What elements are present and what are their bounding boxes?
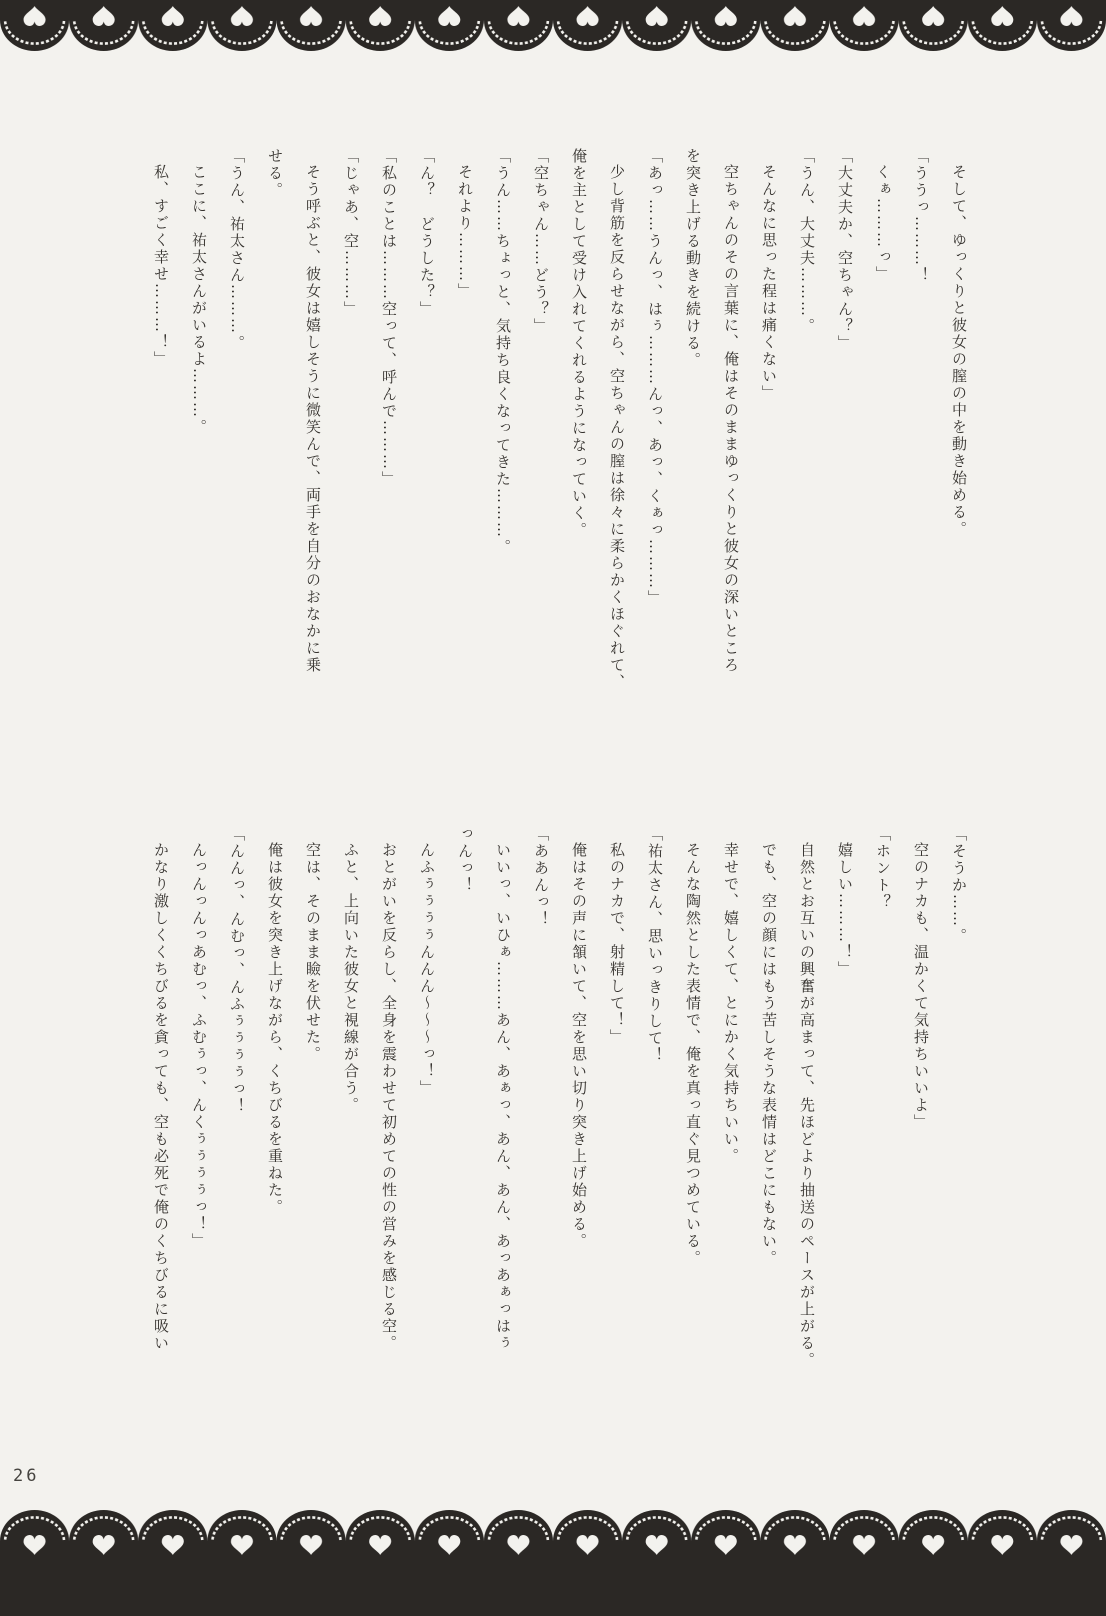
text-line: 「ああんっ！ <box>522 826 560 1476</box>
text-line: それより………」 <box>446 148 484 848</box>
text-line: 「ホント？ <box>864 826 902 1476</box>
heart-lace-border-bottom <box>0 1503 1106 1561</box>
text-line: 俺はその声に頷いて、空を思い切り突き上げ始める。 <box>560 826 598 1476</box>
text-line: 私のナカで、射精して！」 <box>598 826 636 1476</box>
text-line: 少し背筋を反らせながら、空ちゃんの膣は徐々に柔らかくほぐれて、 <box>598 148 636 848</box>
text-line: 「大丈夫か、空ちゃん？」 <box>826 148 864 848</box>
text-line: 俺を主として受け入れてくれるようになっていく。 <box>560 148 598 848</box>
text-line: 「ううっ………！ <box>902 148 940 848</box>
text-line: 空のナカも、温かくて気持ちいいよ」 <box>902 826 940 1476</box>
text-line: でも、空の顔にはもう苦しそうな表情はどこにもない。 <box>750 826 788 1476</box>
text-line: 「祐太さん、思いっきりして！ <box>636 826 674 1476</box>
text-line: おとがいを反らし、全身を震わせて初めての性の営みを感じる空。 <box>370 826 408 1476</box>
text-line: 「私のことは………空って、呼んで………」 <box>370 148 408 848</box>
text-line: 幸せで、嬉しくて、とにかく気持ちいい。 <box>712 826 750 1476</box>
text-line: ふと、上向いた彼女と視線が合う。 <box>332 826 370 1476</box>
text-line: 「空ちゃん……どう？」 <box>522 148 560 848</box>
text-block-bottom: 「そうか……。空のナカも、温かくて気持ちいいよ」「ホント？嬉しい………！」自然と… <box>142 826 978 1476</box>
heart-lace-border-top <box>0 0 1106 58</box>
text-line: そんなに思った程は痛くない」 <box>750 148 788 848</box>
text-line: 私、すごく幸せ………！」 <box>142 148 180 848</box>
text-line: 「んんっ、んむっ、んふぅぅぅぅっ！ <box>218 826 256 1476</box>
page-number: 26 <box>13 1466 39 1486</box>
text-line: 「じゃあ、空………」 <box>332 148 370 848</box>
text-line: 「あっ……うんっ、はぅ………んっ、あっ、くぁっ………」 <box>636 148 674 848</box>
text-line: っんっ！ <box>446 826 484 1476</box>
text-line: 「うん……ちょっと、気持ち良くなってきた………。 <box>484 148 522 848</box>
text-line: そして、ゆっくりと彼女の膣の中を動き始める。 <box>940 148 978 848</box>
text-line: 空ちゃんのその言葉に、俺はそのままゆっくりと彼女の深いところ <box>712 148 750 848</box>
text-block-top: そして、ゆっくりと彼女の膣の中を動き始める。「ううっ………！くぁ………っ」「大丈… <box>142 148 978 848</box>
text-line: かなり激しくくちびるを貪っても、空も必死で俺のくちびるに吸い <box>142 826 180 1476</box>
text-line: 嬉しい………！」 <box>826 826 864 1476</box>
text-line: 「うん、大丈夫………。 <box>788 148 826 848</box>
text-line: そう呼ぶと、彼女は嬉しそうに微笑んで、両手を自分のおなかに乗 <box>294 148 332 848</box>
text-line: くぁ………っ」 <box>864 148 902 848</box>
text-line: 「うん、祐太さん………。 <box>218 148 256 848</box>
text-line: そんな陶然とした表情で、俺を真っ直ぐ見つめている。 <box>674 826 712 1476</box>
bottom-border-band <box>0 1560 1106 1616</box>
text-line: 「ん？ どうした？」 <box>408 148 446 848</box>
text-line: 空は、そのまま瞼を伏せた。 <box>294 826 332 1476</box>
text-line: 「そうか……。 <box>940 826 978 1476</box>
text-line: 自然とお互いの興奮が高まって、先ほどより抽送のペースが上がる。 <box>788 826 826 1476</box>
text-line: んふぅぅぅぅんんん〜〜〜っ！」 <box>408 826 446 1476</box>
doujinshi-page: そして、ゆっくりと彼女の膣の中を動き始める。「ううっ………！くぁ………っ」「大丈… <box>0 0 1106 1616</box>
text-line: ここに、祐太さんがいるよ………。 <box>180 148 218 848</box>
text-line: んっんっんっあむっ、ふむぅっ、んくぅぅぅぅっ！」 <box>180 826 218 1476</box>
text-line: いいっ、いひぁ………あん、あぁっ、あん、あん、あっあぁっはぅ <box>484 826 522 1476</box>
text-line: 俺は彼女を突き上げながら、くちびるを重ねた。 <box>256 826 294 1476</box>
text-line: せる。 <box>256 148 294 848</box>
text-line: を突き上げる動きを続ける。 <box>674 148 712 848</box>
